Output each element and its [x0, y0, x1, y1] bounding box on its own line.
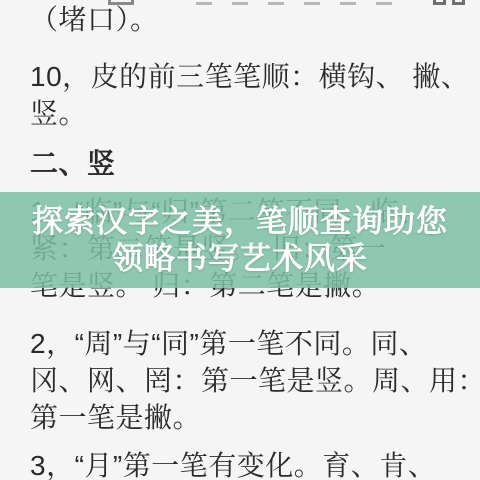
glyph-fragment — [108, 0, 134, 5]
body-line: 2，“周”与“同”第一笔不同。同、 — [30, 325, 470, 362]
glyph-fragment — [433, 0, 446, 5]
glyph-fragment — [196, 2, 212, 5]
body-line: 3，“月”第一笔有变化。育、肯、 — [30, 447, 470, 480]
glyph-fragment — [232, 2, 248, 5]
glyph-fragment — [376, 2, 392, 5]
glyph-fragment — [304, 2, 320, 5]
body-line: 10，皮的前三笔笔顺：横钩、 撇、 — [30, 58, 470, 95]
paragraph-item-10: 10，皮的前三笔笔顺：横钩、 撇、 竖。 — [30, 58, 470, 132]
paragraph-item-3: 3，“月”第一笔有变化。育、肯、 — [30, 447, 470, 480]
promo-overlay-banner: 探索汉字之美，笔顺查询助您 领略书写艺术风采 — [0, 192, 480, 288]
body-line: 冈、网、罔：第一笔是竖。周、用： — [30, 362, 470, 399]
article-page: （堵口）。 10，皮的前三笔笔顺：横钩、 撇、 竖。 二、竖 1，“临”与“归”… — [0, 0, 480, 480]
paragraph-item-2: 2，“周”与“同”第一笔不同。同、 冈、网、罔：第一笔是竖。周、用： 第一笔是撇… — [30, 325, 470, 436]
section-heading-text: 二、竖 — [30, 145, 470, 182]
glyph-fragment — [452, 0, 465, 5]
glyph-fragment — [340, 2, 356, 5]
clipped-text-row — [0, 0, 480, 8]
banner-title-line-1: 探索汉字之美，笔顺查询助您 — [32, 203, 448, 240]
banner-title-line-2: 领略书写艺术风采 — [112, 240, 368, 277]
section-heading: 二、竖 — [30, 145, 470, 182]
body-line: 第一笔是撇。 — [30, 399, 470, 436]
glyph-fragment — [268, 2, 284, 5]
body-line: 竖。 — [30, 95, 470, 132]
